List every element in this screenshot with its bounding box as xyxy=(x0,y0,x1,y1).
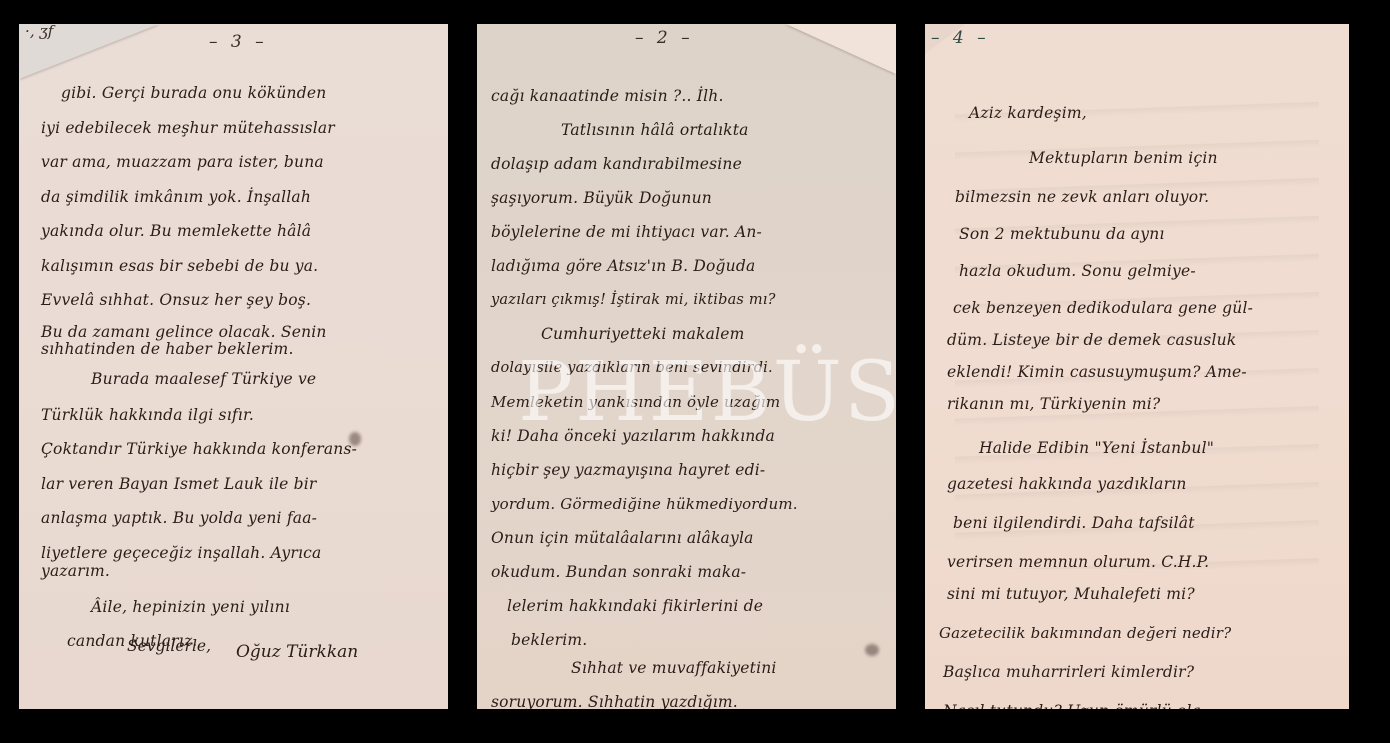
text-line: cağı kanaatinde misin ?.. İlh. xyxy=(491,79,888,113)
text-line: bilmezsin ne zevk anları oluyor. xyxy=(939,178,1341,215)
text-line: ki! Daha önceki yazılarım hakkında xyxy=(491,419,888,453)
signature: Oğuz Türkkan xyxy=(236,642,358,662)
text-line: gazetesi hakkında yazdıkların xyxy=(939,465,1341,504)
text-line: verirsen memnun olurum. C.H.P. xyxy=(939,543,1341,575)
text-line: Gazetecilik bakımından değeri nedir? xyxy=(939,614,1341,653)
text-line: Onun için mütalâalarını alâkayla xyxy=(491,521,888,555)
text-line: hiçbir şey yazmayışına hayret edi- xyxy=(491,453,888,487)
text-line: Son 2 mektubunu da aynı xyxy=(939,215,1341,252)
handwritten-text: Aziz kardeşim, Mektupların benim için bi… xyxy=(939,94,1341,709)
ink-smudge xyxy=(349,432,361,446)
handwritten-text: cağı kanaatinde misin ?.. İlh. Tatlısını… xyxy=(491,79,888,709)
text-line: Mektupların benim için xyxy=(939,139,1341,178)
text-line: soruyorum. Sıhhatin yazdığım. xyxy=(491,685,888,709)
page-number: – 3 – xyxy=(209,32,268,52)
text-line: şaşıyorum. Büyük Doğunun xyxy=(491,181,888,215)
page-number: – 2 – xyxy=(635,28,694,48)
text-line: sıhhatinden de haber beklerim. xyxy=(41,338,440,368)
text-line: hazla okudum. Sonu gelmiye- xyxy=(939,252,1341,289)
text-line: Tatlısının hâlâ ortalıkta xyxy=(491,113,888,147)
text-line: okudum. Bundan sonraki maka- xyxy=(491,555,888,589)
ink-smudge xyxy=(865,644,879,656)
letter-page-2: – 2 – cağı kanaatinde misin ?.. İlh. Tat… xyxy=(477,24,896,709)
text-line: gibi. Gerçi burada onu kökünden xyxy=(61,76,440,111)
page-number: – 4 – xyxy=(931,28,990,48)
text-line: beklerim. xyxy=(491,623,888,651)
text-line: sini mi tutuyor, Muhalefeti mi? xyxy=(939,575,1341,614)
text-line: Bu da zamanı gelince olacak. Senin xyxy=(41,318,440,338)
text-line: lelerim hakkındaki fikirlerini de xyxy=(491,589,888,623)
text-line: Çoktandır Türkiye hakkında konferans- xyxy=(41,432,440,467)
text-line: beni ilgilendirdi. Daha tafsilât xyxy=(939,504,1341,543)
closing-salutation: Sevgilerle, xyxy=(127,637,211,655)
letter-page-4: – 4 – Aziz kardeşim, Mektupların benim i… xyxy=(925,24,1349,709)
text-line: böylelerine de mi ihtiyacı var. An- xyxy=(491,215,888,249)
text-line: eklendi! Kimin casusuymuşum? Ame- xyxy=(939,353,1341,385)
text-line: yordum. Görmediğine hükmediyordum. xyxy=(491,487,888,521)
text-line: Cumhuriyetteki makalem xyxy=(491,317,888,351)
corner-annotation: ·‚ ʒf xyxy=(25,24,53,40)
text-line: yazarım. xyxy=(41,560,440,590)
signature-block: Sevgilerle, Oğuz Türkkan xyxy=(127,636,358,656)
text-line: dolayısile yazdıkların beni sevindirdi. xyxy=(491,351,888,385)
text-line: anlaşma yaptık. Bu yolda yeni faa- xyxy=(41,501,440,536)
text-line: cek benzeyen dedikodulara gene gül- xyxy=(939,289,1341,321)
handwritten-text: gibi. Gerçi burada onu kökünden iyi edeb… xyxy=(61,76,440,659)
text-line: ladığıma göre Atsız'ın B. Doğuda xyxy=(491,249,888,283)
letter-page-3: ·‚ ʒf – 3 – gibi. Gerçi burada onu kökün… xyxy=(19,24,448,709)
text-line: yakında olur. Bu memlekette hâlâ xyxy=(41,214,440,249)
text-line: liyetlere geçeceğiz inşallah. Ayrıca xyxy=(41,536,440,560)
text-line: Âile, hepinizin yeni yılını xyxy=(41,590,440,625)
text-line: Türklük hakkında ilgi sıfır. xyxy=(41,398,440,433)
text-line: Burada maalesef Türkiye ve xyxy=(41,368,440,398)
text-line: düm. Listeye bir de demek casusluk xyxy=(939,321,1341,353)
text-line: lar veren Bayan Ismet Lauk ile bir xyxy=(41,467,440,502)
text-line: Halide Edibin "Yeni İstanbul" xyxy=(939,429,1341,465)
salutation: Aziz kardeşim, xyxy=(939,94,1341,139)
text-line: Başlıca muharrirleri kimlerdir? xyxy=(939,653,1341,692)
text-line: Nasıl tutundu? Uzun ömürlü ola- xyxy=(939,692,1341,709)
text-line: iyi edebilecek meşhur mütehassıslar xyxy=(41,111,440,146)
text-line: var ama, muazzam para ister, buna xyxy=(41,145,440,180)
text-line: kalışımın esas bir sebebi de bu ya. xyxy=(41,249,440,284)
text-line: da şimdilik imkânım yok. İnşallah xyxy=(41,180,440,215)
text-line: dolaşıp adam kandırabilmesine xyxy=(491,147,888,181)
folded-corner xyxy=(786,24,896,74)
text-line: Evvelâ sıhhat. Onsuz her şey boş. xyxy=(41,283,440,318)
text-line: Sıhhat ve muvaffakiyetini xyxy=(491,651,888,685)
text-line: yazıları çıkmış! İştirak mi, iktibas mı? xyxy=(491,283,888,317)
text-line: rikanın mı, Türkiyenin mi? xyxy=(939,385,1341,429)
text-line: Memleketin yankısından öyle uzağım xyxy=(491,385,888,419)
